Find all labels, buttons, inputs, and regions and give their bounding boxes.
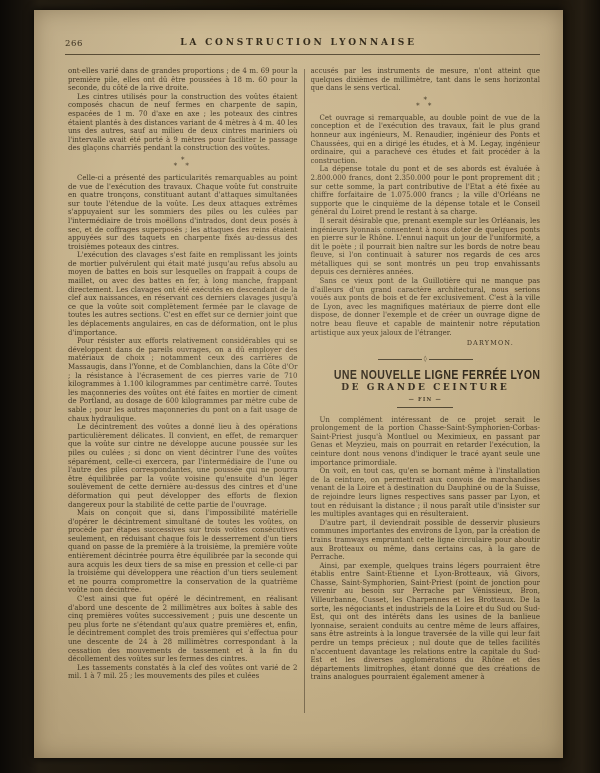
scanner-background: 266 LA CONSTRUCTION LYONNAISE ont-elles … <box>0 0 600 773</box>
scanned-page: 266 LA CONSTRUCTION LYONNAISE ont-elles … <box>34 10 563 758</box>
left-column: ont-elles varié dans de grandes proporti… <box>68 67 298 729</box>
right-column-bottom-text: Un complément intéressant de ce projet s… <box>311 416 541 682</box>
paragraph: Celle-ci a présenté des particularités r… <box>68 174 298 251</box>
section-divider: ◊ <box>311 357 541 363</box>
page-number: 266 <box>65 39 83 49</box>
paragraph: Mais on conçoit que si, dans l'impossibi… <box>68 509 298 595</box>
headline-rule <box>397 407 453 408</box>
paragraph: On voit, en tout cas, qu'en se bornant m… <box>311 467 541 519</box>
asterism-divider: ** * <box>68 153 298 174</box>
text-columns: ont-elles varié dans de grandes proporti… <box>68 67 540 729</box>
paragraph: accusés par les instruments de mesure, n… <box>311 67 541 93</box>
paragraph: Un complément intéressant de ce projet s… <box>311 416 541 468</box>
paragraph: L'exécution des clavages s'est faite en … <box>68 251 298 337</box>
paragraph: Sans ce vieux pont de la Guillotière qui… <box>311 277 541 337</box>
diamond-ornament-icon: ◊ <box>422 356 429 362</box>
right-column: accusés par les instruments de mesure, n… <box>311 67 541 729</box>
paragraph: Les tassements constatés à la clef des v… <box>68 664 298 681</box>
header-rule <box>65 54 540 55</box>
journal-title: LA CONSTRUCTION LYONNAISE <box>34 38 563 49</box>
article-subtitle: DE GRANDE CEINTURE <box>311 384 541 393</box>
author-signature: Darymon. <box>311 337 541 350</box>
paragraph: Le décintrement des voûtes a donné lieu … <box>68 423 298 509</box>
divider-line <box>429 359 473 360</box>
paragraph: Il serait désirable que, prenant exemple… <box>311 217 541 277</box>
paragraph: Cet ouvrage si remarquable, au double po… <box>311 114 541 166</box>
column-divider <box>304 69 305 713</box>
page-header: 266 LA CONSTRUCTION LYONNAISE <box>34 10 563 49</box>
paragraph: ont-elles varié dans de grandes proporti… <box>68 67 298 93</box>
paragraph: La dépense totale du pont et de ses abor… <box>311 165 541 217</box>
article-title: UNE NOUVELLE LIGNE FERRÉE LYONNAISE <box>333 371 540 380</box>
paragraph: Pour résister aux efforts relativement c… <box>68 337 298 423</box>
article-headline: UNE NOUVELLE LIGNE FERRÉE LYONNAISE DE G… <box>311 371 541 408</box>
paragraph: Les cintres utilisés pour la constructio… <box>68 93 298 153</box>
paragraph: Ainsi, par exemple, quelques trains lége… <box>311 562 541 682</box>
divider-line <box>378 359 422 360</box>
asterism-divider: ** * <box>311 93 541 114</box>
paragraph: D'autre part, il deviendrait possible de… <box>311 519 541 562</box>
paragraph: C'est ainsi que fut opéré le décintremen… <box>68 595 298 664</box>
article-fin-marker: — FIN — <box>311 396 541 405</box>
right-column-top-text: accusés par les instruments de mesure, n… <box>311 67 541 350</box>
